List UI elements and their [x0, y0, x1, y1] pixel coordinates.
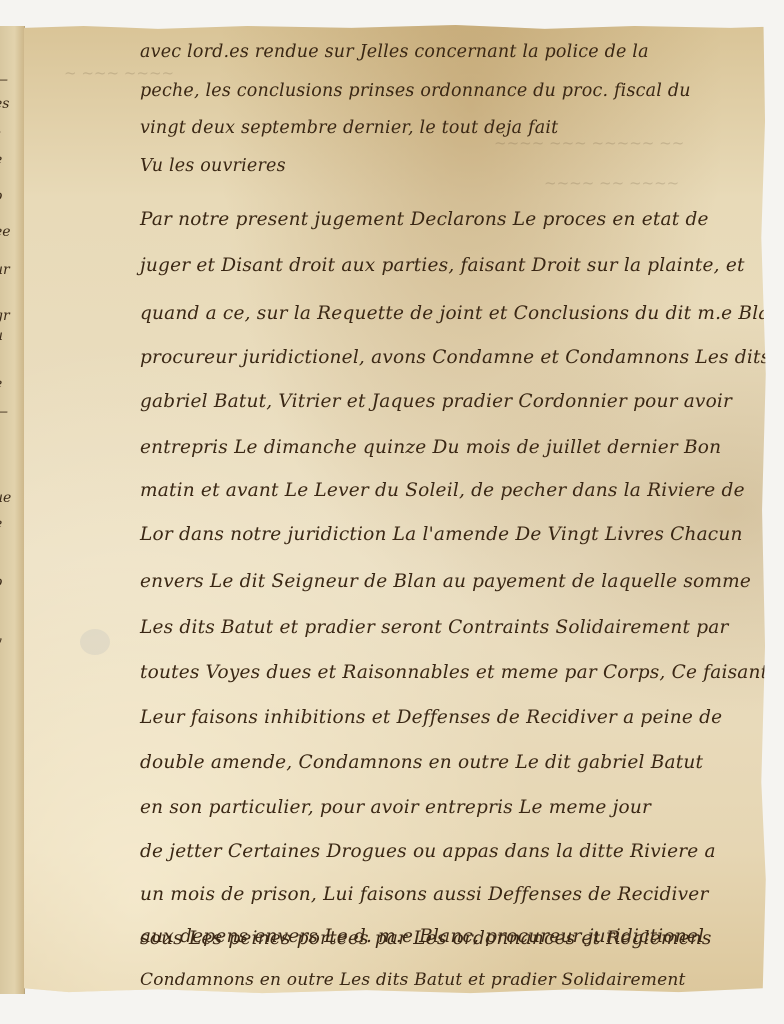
manuscript-line: avec lord.es rendue sur Jelles concernan… — [140, 42, 649, 62]
manuscript-line: en son particulier, pour avoir entrepris… — [140, 797, 651, 818]
manuscript-line: de jetter Certaines Drogues ou appas dan… — [140, 841, 716, 862]
manuscript-line: matin et avant Le Lever du Soleil, de pe… — [140, 480, 745, 501]
fragment-text: e — [0, 376, 2, 392]
manuscript-line: entrepris Le dimanche quinze Du mois de … — [140, 437, 721, 458]
scanned-manuscript: — es – e o ee ur gr u e — ue e o v ~ ~~~… — [0, 0, 784, 1024]
manuscript-line: aux depens envers Le d. m.e Blanc, procu… — [140, 926, 704, 947]
manuscript-line: vingt deux septembre dernier, le tout de… — [140, 118, 558, 138]
manuscript-line: Leur faisons inhibitions et Deffenses de… — [140, 707, 722, 728]
manuscript-line: gabriel Batut, Vitrier et Jaques pradier… — [140, 391, 732, 412]
manuscript-line: Par notre present jugement Declarons Le … — [140, 209, 709, 230]
manuscript-line: procureur juridictionel, avons Condamne … — [140, 347, 770, 368]
bleed-through-text: ~ ~~~ ~~~~ — [64, 64, 174, 82]
fragment-text: o — [0, 188, 2, 204]
bleed-through-text: ~~~~ ~~ ~~~~ — [544, 174, 679, 192]
fragment-text: v — [0, 634, 2, 650]
manuscript-line: double amende, Condamnons en outre Le di… — [140, 752, 703, 773]
fragment-text: — — [0, 404, 8, 420]
manuscript-line: quand a ce, sur la Requette de joint et … — [140, 303, 784, 324]
manuscript-line: Vu les ouvrieres — [140, 156, 286, 176]
fragment-text: ee — [0, 224, 11, 240]
manuscript-line: envers Le dit Seigneur de Blan au payeme… — [140, 571, 751, 592]
fragment-text: gr — [0, 308, 10, 324]
fragment-text: o — [0, 574, 2, 590]
facing-page-fragment: — es – e o ee ur gr u e — ue e o v — [0, 26, 25, 994]
fragment-text: e — [0, 516, 2, 532]
manuscript-line: toutes Voyes dues et Raisonnables et mem… — [140, 662, 768, 683]
fragment-text: – — [0, 124, 1, 140]
manuscript-line: juger et Disant droit aux parties, faisa… — [140, 255, 745, 276]
manuscript-line: un mois de prison, Lui faisons aussi Def… — [140, 884, 709, 905]
fragment-text: e — [0, 152, 2, 168]
fragment-text: es — [0, 96, 9, 112]
manuscript-line: Condamnons en outre Les dits Batut et pr… — [140, 970, 686, 990]
manuscript-line: Les dits Batut et pradier seront Contrai… — [140, 617, 729, 638]
manuscript-line: Lor dans notre juridiction La l'amende D… — [140, 524, 743, 545]
manuscript-sheet: ~ ~~~ ~~~~ ~~~~ ~~~ ~~~~~ ~~ ~~~~ ~~ ~~~… — [24, 24, 768, 996]
fragment-text: ur — [0, 262, 10, 278]
fragment-text: u — [0, 328, 3, 344]
fragment-text: — — [0, 72, 8, 88]
fragment-text: ue — [0, 490, 11, 506]
paper-stain — [80, 629, 110, 655]
manuscript-line: peche, les conclusions prinses ordonnanc… — [140, 81, 691, 101]
